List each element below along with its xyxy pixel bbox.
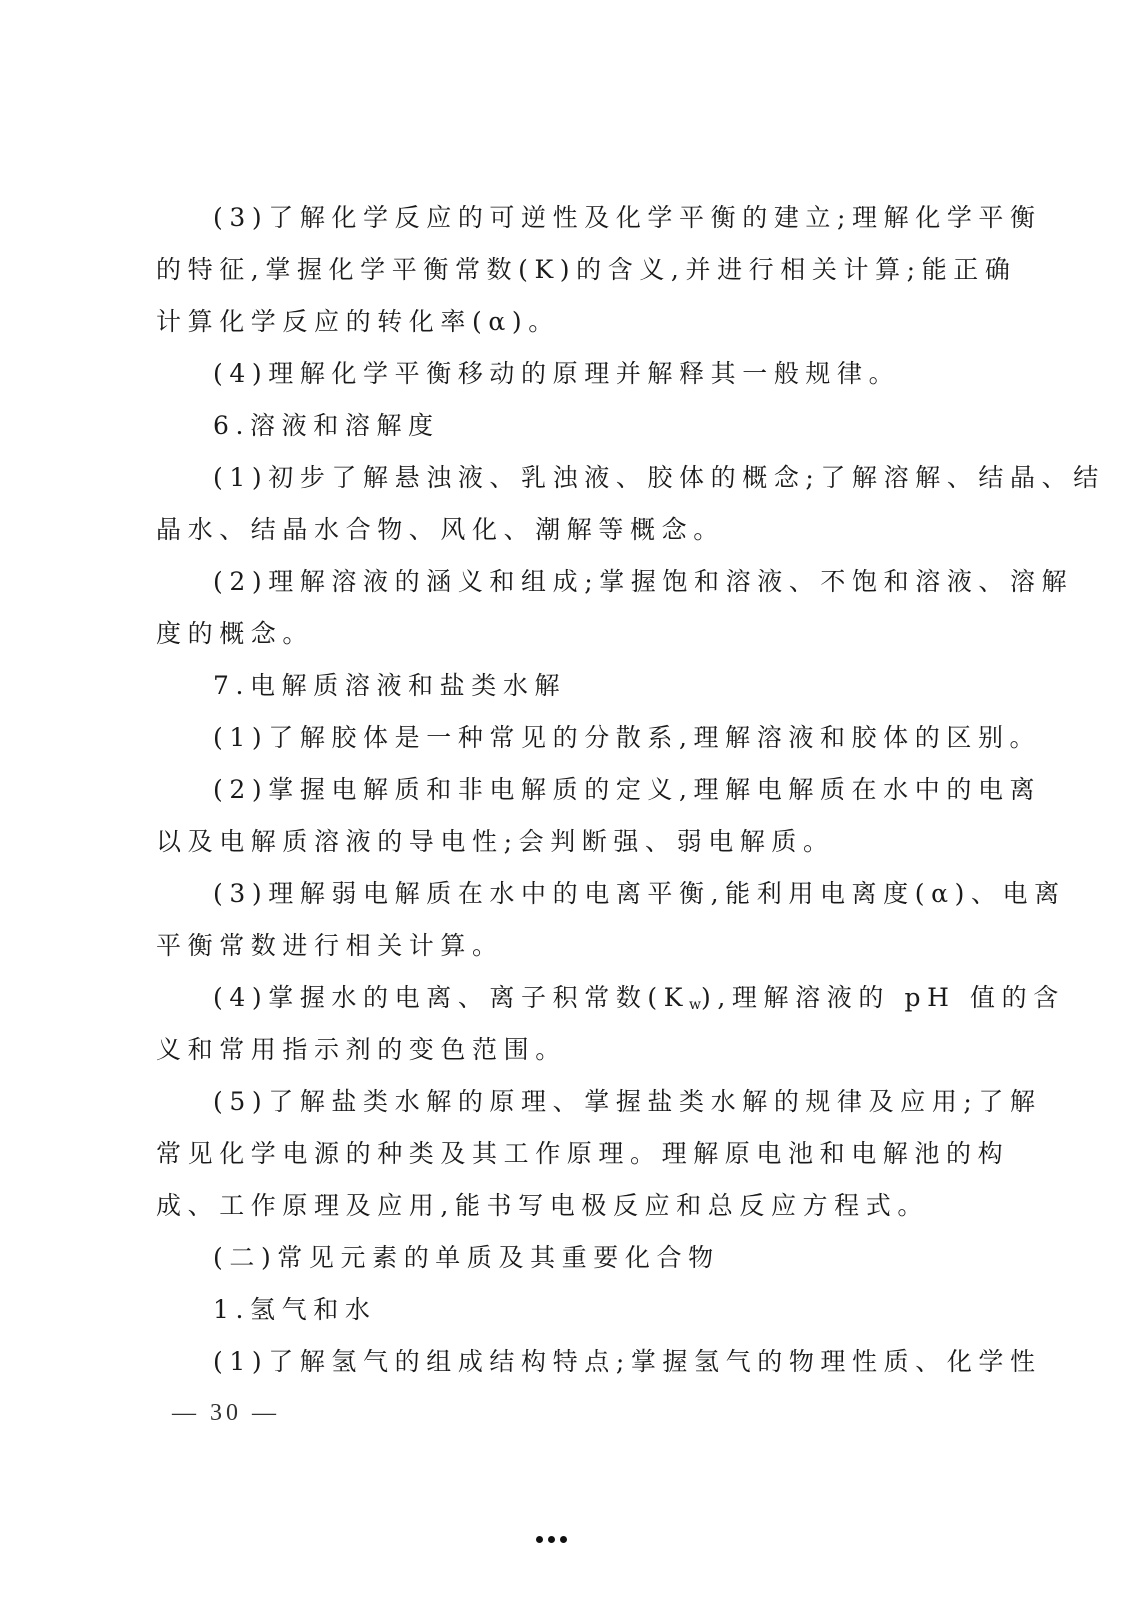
text-line: (4)理解化学平衡移动的原理并解释其一般规律。 — [156, 352, 972, 404]
section-heading: 7.电解质溶液和盐类水解 — [156, 664, 972, 716]
text-line: (3)了解化学反应的可逆性及化学平衡的建立;理解化学平衡 — [156, 196, 972, 248]
more-pages-ellipsis-icon[interactable] — [536, 1536, 567, 1543]
text-line: (1)初步了解悬浊液、乳浊液、胶体的概念;了解溶解、结晶、结 — [156, 456, 972, 508]
text-line: 平衡常数进行相关计算。 — [156, 924, 972, 976]
text-line: (5)了解盐类水解的原理、掌握盐类水解的规律及应用;了解 — [156, 1080, 972, 1132]
subscript: w — [689, 997, 701, 1013]
text-line: 常见化学电源的种类及其工作原理。理解原电池和电解池的构 — [156, 1132, 972, 1184]
page-number: — 30 — — [172, 1400, 280, 1427]
text-line: (4)掌握水的电离、离子积常数(Kw),理解溶液的 pH 值的含 — [156, 976, 972, 1028]
text-line: (1)了解氢气的组成结构特点;掌握氢气的物理性质、化学性 — [156, 1340, 972, 1392]
document-page: (3)了解化学反应的可逆性及化学平衡的建立;理解化学平衡 的特征,掌握化学平衡常… — [156, 196, 972, 1392]
text-line: 的特征,掌握化学平衡常数(K)的含义,并进行相关计算;能正确 — [156, 248, 972, 300]
dot — [548, 1536, 555, 1543]
text-line: 以及电解质溶液的导电性;会判断强、弱电解质。 — [156, 820, 972, 872]
dot — [536, 1536, 543, 1543]
dot — [560, 1536, 567, 1543]
text-line: (2)掌握电解质和非电解质的定义,理解电解质在水中的电离 — [156, 768, 972, 820]
section-heading: (二)常见元素的单质及其重要化合物 — [156, 1236, 972, 1288]
text-line: (2)理解溶液的涵义和组成;掌握饱和溶液、不饱和溶液、溶解 — [156, 560, 972, 612]
text-segment: (4)掌握水的电离、离子积常数(K — [213, 983, 689, 1012]
text-line: 成、工作原理及应用,能书写电极反应和总反应方程式。 — [156, 1184, 972, 1236]
text-line: 晶水、结晶水合物、风化、潮解等概念。 — [156, 508, 972, 560]
section-heading: 6.溶液和溶解度 — [156, 404, 972, 456]
section-heading: 1.氢气和水 — [156, 1288, 972, 1340]
text-line: 度的概念。 — [156, 612, 972, 664]
text-line: 计算化学反应的转化率(α)。 — [156, 300, 972, 352]
text-line: (1)了解胶体是一种常见的分散系,理解溶液和胶体的区别。 — [156, 716, 972, 768]
text-line: 义和常用指示剂的变色范围。 — [156, 1028, 972, 1080]
text-segment: ),理解溶液的 pH 值的含 — [701, 983, 1065, 1012]
text-line: (3)理解弱电解质在水中的电离平衡,能利用电离度(α)、电离 — [156, 872, 972, 924]
